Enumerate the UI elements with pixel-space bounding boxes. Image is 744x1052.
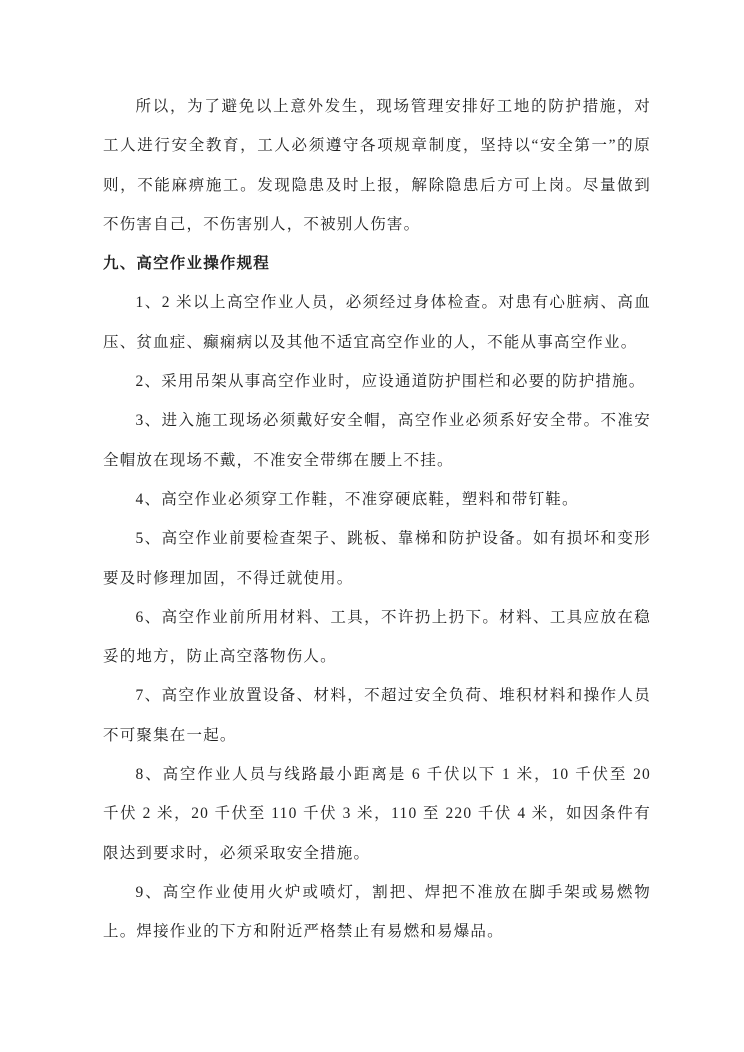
regulation-item-5: 5、高空作业前要检查架子、跳板、靠梯和防护设备。如有损坏和变形要及时修理加固，不… — [103, 519, 651, 598]
intro-paragraph: 所以，为了避免以上意外发生，现场管理安排好工地的防护措施，对工人进行安全教育，工… — [103, 87, 651, 244]
regulation-item-2: 2、采用吊架从事高空作业时，应设通道防护围栏和必要的防护措施。 — [103, 362, 651, 401]
document-content: 所以，为了避免以上意外发生，现场管理安排好工地的防护措施，对工人进行安全教育，工… — [103, 87, 651, 952]
section-heading: 九、高空作业操作规程 — [103, 244, 651, 283]
regulation-item-6: 6、高空作业前所用材料、工具，不许扔上扔下。材料、工具应放在稳妥的地方，防止高空… — [103, 598, 651, 677]
regulation-item-8: 8、高空作业人员与线路最小距离是 6 千伏以下 1 米，10 千伏至 20 千伏… — [103, 755, 651, 873]
document-page: 所以，为了避免以上意外发生，现场管理安排好工地的防护措施，对工人进行安全教育，工… — [0, 0, 744, 1052]
regulation-item-3: 3、进入施工现场必须戴好安全帽，高空作业必须系好安全带。不准安全帽放在现场不戴，… — [103, 401, 651, 480]
regulation-item-4: 4、高空作业必须穿工作鞋，不准穿硬底鞋，塑料和带钉鞋。 — [103, 480, 651, 519]
regulation-item-7: 7、高空作业放置设备、材料，不超过安全负荷、堆积材料和操作人员不可聚集在一起。 — [103, 676, 651, 755]
regulation-item-9: 9、高空作业使用火炉或喷灯，割把、焊把不准放在脚手架或易燃物上。焊接作业的下方和… — [103, 873, 651, 952]
regulation-item-1: 1、2 米以上高空作业人员，必须经过身体检查。对患有心脏病、高血压、贫血症、癫痫… — [103, 283, 651, 362]
